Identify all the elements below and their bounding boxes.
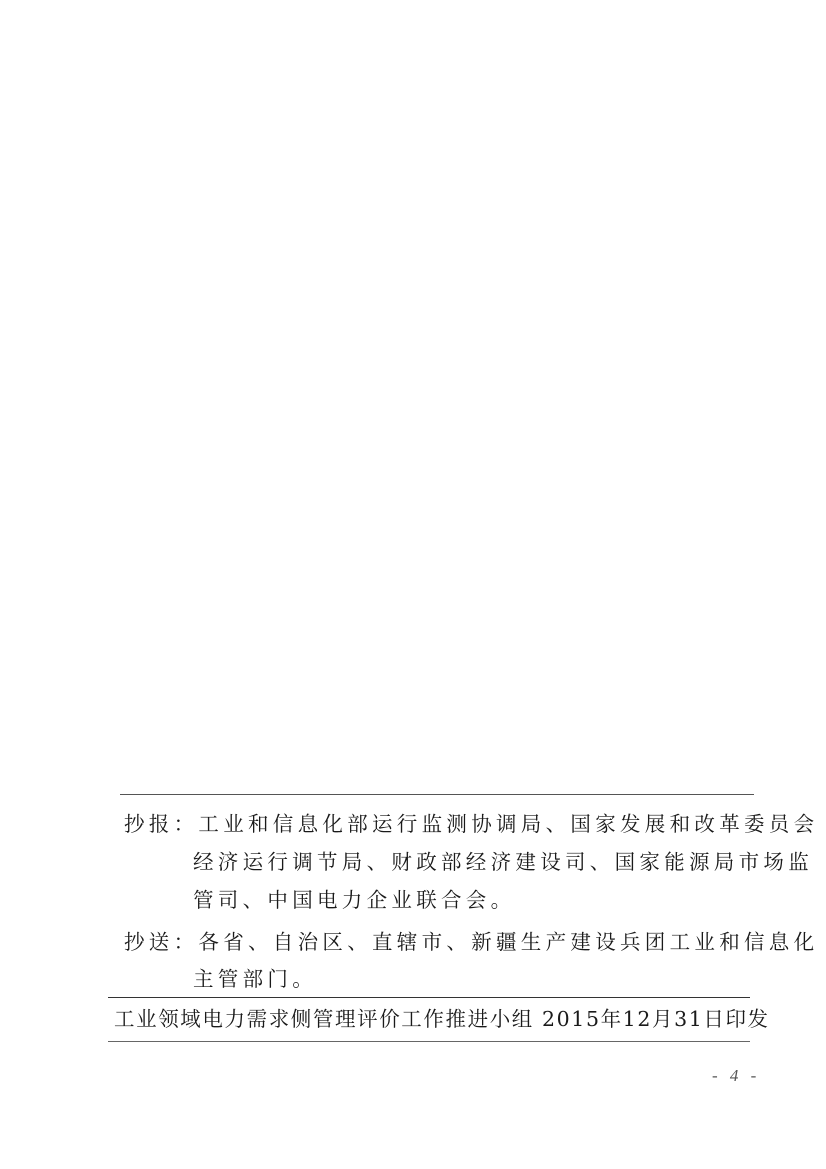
issuer-top-divider bbox=[108, 997, 750, 998]
cc-send-label: 抄送： bbox=[124, 930, 198, 954]
cc-report-line-3: 管司、中国电力企业联合会。 bbox=[193, 888, 515, 912]
cc-send-line-2: 主管部门。 bbox=[193, 967, 317, 991]
cc-send-line-1: 各省、自治区、直辖市、新疆生产建设兵团工业和信息化 bbox=[198, 930, 818, 954]
cc-report-line-2: 经济运行调节局、财政部经济建设司、国家能源局市场监 bbox=[193, 850, 813, 874]
cc-report-label: 抄报： bbox=[124, 812, 198, 836]
page-number: - 4 - bbox=[712, 1066, 760, 1086]
top-divider bbox=[120, 794, 754, 795]
cc-report-line-1: 工业和信息化部运行监测协调局、国家发展和改革委员会 bbox=[198, 812, 818, 836]
issuer-line: 工业领域电力需求侧管理评价工作推进小组 2015年12月31日印发 bbox=[114, 1007, 770, 1031]
cc-report-row-1: 抄报：工业和信息化部运行监测协调局、国家发展和改革委员会 bbox=[124, 812, 818, 836]
issuer-bottom-divider bbox=[108, 1041, 750, 1042]
cc-send-row-1: 抄送：各省、自治区、直辖市、新疆生产建设兵团工业和信息化 bbox=[124, 930, 818, 954]
